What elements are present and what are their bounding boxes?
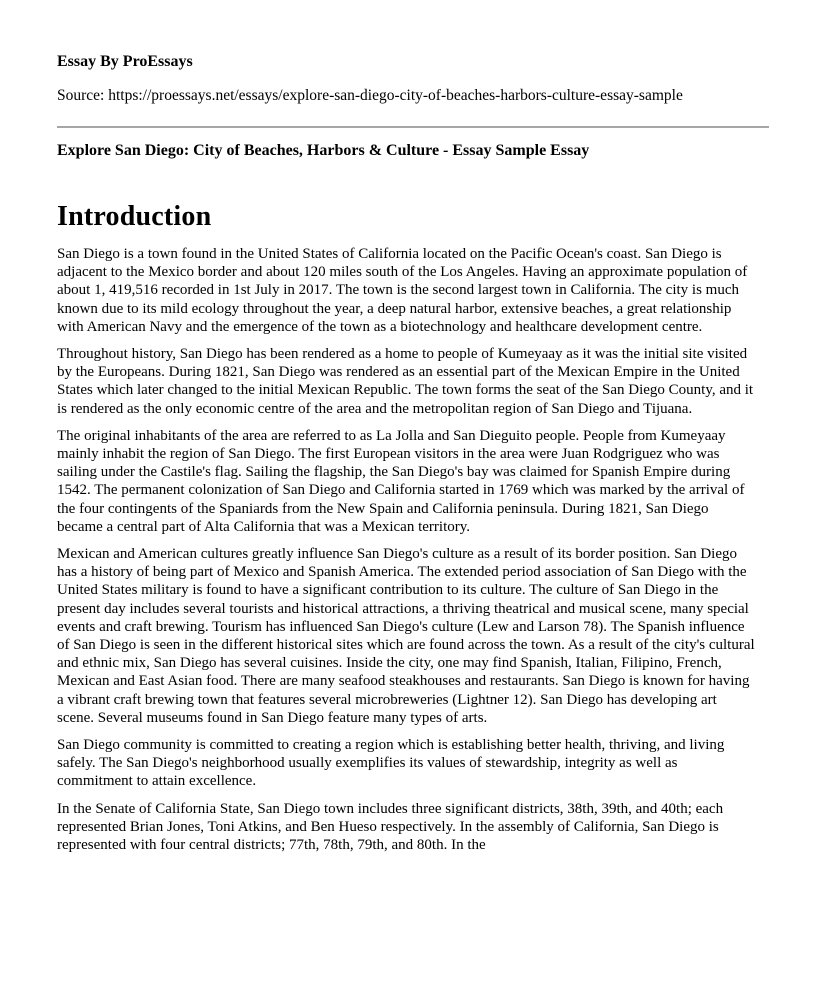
essay-paragraph: San Diego is a town found in the United … bbox=[57, 245, 757, 336]
source-line: Source: https://proessays.net/essays/exp… bbox=[57, 86, 772, 105]
document-title: Explore San Diego: City of Beaches, Harb… bbox=[57, 141, 772, 160]
essay-paragraph: San Diego community is committed to crea… bbox=[57, 736, 757, 791]
source-url-link[interactable]: https://proessays.net/essays/explore-san… bbox=[108, 87, 683, 104]
document-page: Essay By ProEssays Source: https://proes… bbox=[0, 0, 820, 996]
horizontal-rule bbox=[57, 126, 769, 128]
essay-paragraph: The original inhabitants of the area are… bbox=[57, 427, 757, 536]
byline: Essay By ProEssays bbox=[57, 52, 772, 71]
essay-paragraph: Throughout history, San Diego has been r… bbox=[57, 345, 757, 418]
essay-body: San Diego is a town found in the United … bbox=[57, 245, 772, 854]
essay-paragraph: Mexican and American cultures greatly in… bbox=[57, 545, 757, 727]
source-label: Source: bbox=[57, 87, 108, 104]
section-heading-introduction: Introduction bbox=[57, 201, 772, 232]
essay-paragraph: In the Senate of California State, San D… bbox=[57, 800, 757, 855]
